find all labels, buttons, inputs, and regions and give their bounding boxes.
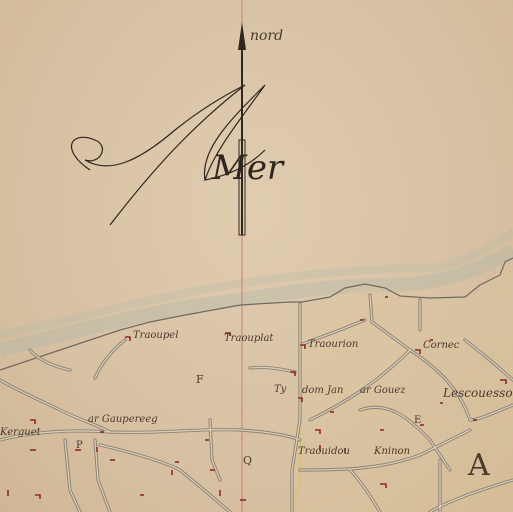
place-label-ty: Ty (274, 384, 286, 395)
section-letter-e: E (414, 415, 421, 426)
place-label-traourion: Traourion (308, 339, 358, 350)
section-letter-a: A (468, 448, 490, 483)
sea-flourish (0, 0, 513, 512)
section-letter-p: P (76, 440, 83, 451)
place-label-cornec: Cornec (423, 340, 459, 351)
place-label-traouplat: Traouplat (224, 333, 273, 344)
place-label-ar-gaupereeg: ar Gaupereeg (88, 414, 158, 425)
sea-label: Mer (212, 148, 283, 188)
place-label-ar-gouez: ar Gouez (360, 385, 406, 396)
place-label-traoupel: Traoupel (133, 330, 178, 341)
historical-map: nord Mer Traoupel Traouplat Traourion Co… (0, 0, 513, 512)
place-label-kerguet: Kerguet (0, 427, 41, 438)
place-label-lescouessou: Lescouessou (443, 386, 513, 400)
section-letter-f: F (196, 373, 204, 386)
place-label-dom-jan: dom Jan (302, 385, 344, 396)
place-label-traouidou: Traouidou (298, 446, 350, 457)
place-label-kninon: Kninon (374, 446, 410, 457)
section-letter-q: Q (243, 454, 252, 467)
